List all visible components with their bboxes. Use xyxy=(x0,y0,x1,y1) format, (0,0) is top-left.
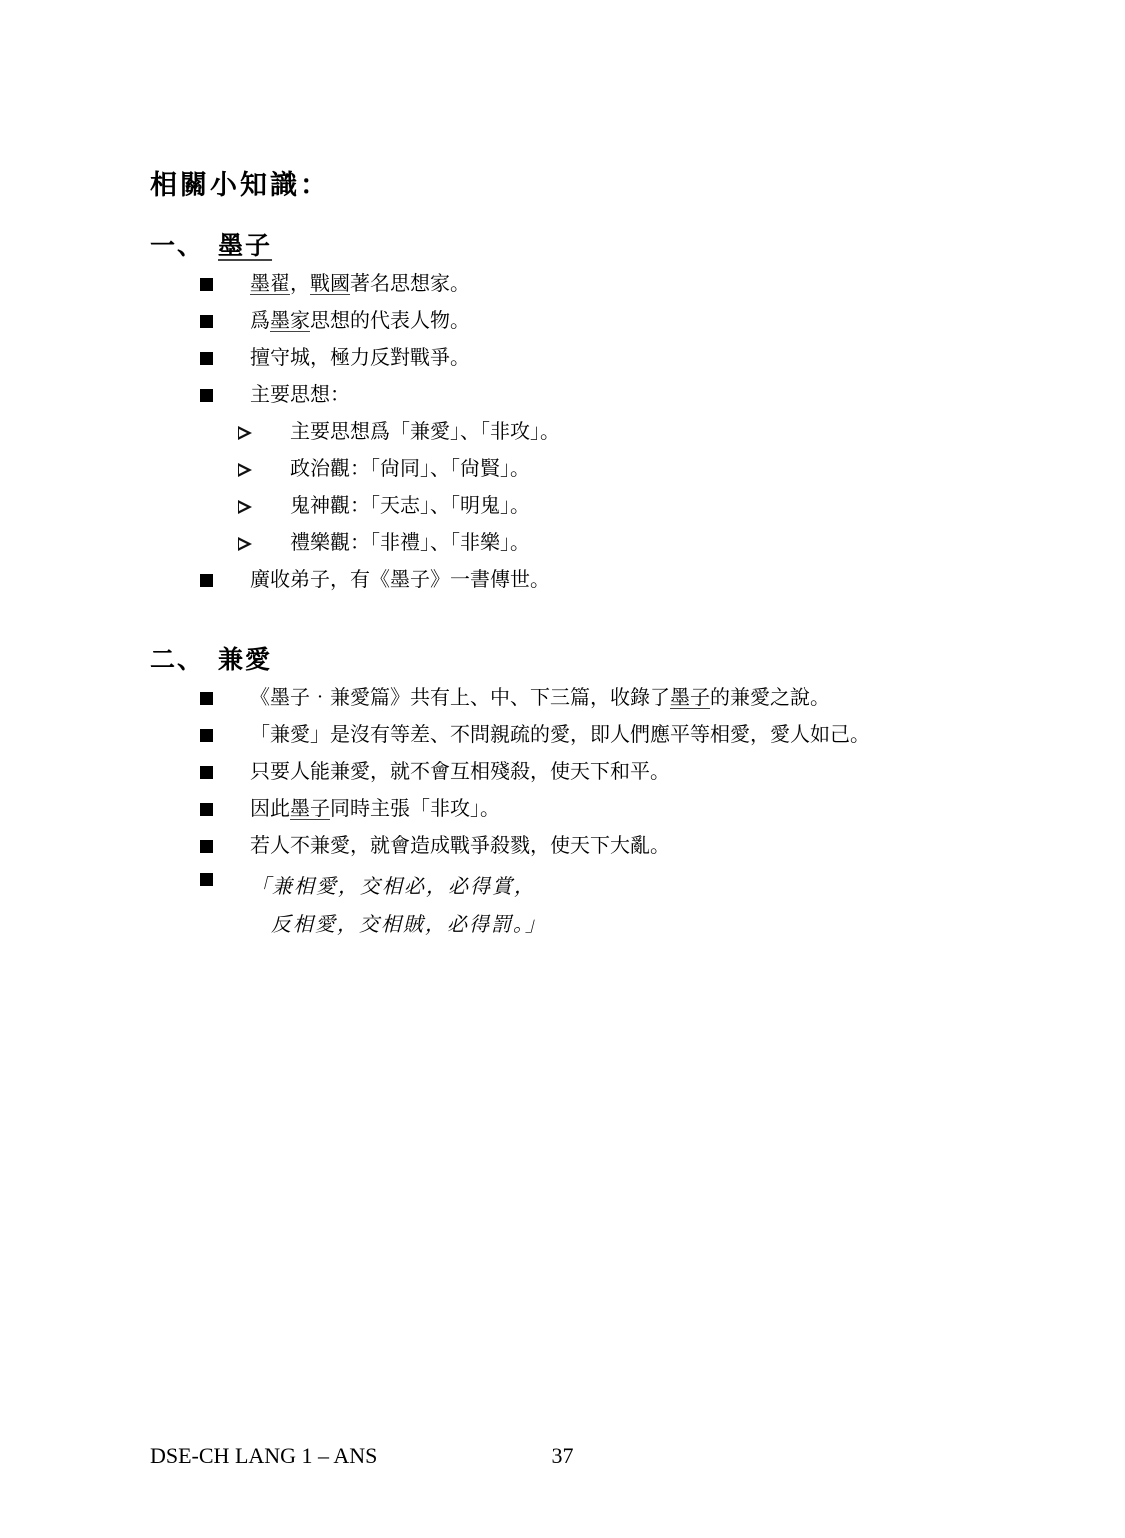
bullet-item: 《墨子‧兼愛篇》共有上、中、下三篇，收錄了墨子的兼愛之說。 xyxy=(150,687,1065,710)
bullet-item: 擅守城，極力反對戰爭。 xyxy=(150,347,1065,370)
square-bullet-icon xyxy=(200,315,213,328)
section-title: 墨子 xyxy=(218,233,272,260)
square-bullet-icon xyxy=(200,873,213,886)
bullet-text: 「兼愛」是沒有等差、不問親疏的愛，即人們應平等相愛，愛人如己。 xyxy=(250,724,870,746)
bullet-text: 只要人能兼愛，就不會互相殘殺，使天下和平。 xyxy=(250,761,670,783)
bullet-text: 墨翟，戰國著名思想家。 xyxy=(250,273,470,295)
text-segment: 墨翟 xyxy=(250,273,290,295)
bullet-item: 只要人能兼愛，就不會互相殘殺，使天下和平。 xyxy=(150,761,1065,784)
sub-bullet-text: 主要思想爲「兼愛」、「非攻」。 xyxy=(290,421,560,443)
footer-page-number: 37 xyxy=(0,1443,1125,1469)
text-segment: 墨家 xyxy=(270,310,310,332)
text-segment: 因此 xyxy=(250,798,290,820)
sub-bullet-text: 鬼神觀：「天志」、「明鬼」。 xyxy=(290,495,530,517)
section-mozi: 一、墨子 墨翟，戰國著名思想家。 爲墨家思想的代表人物。 擅守城，極力反對戰爭。… xyxy=(150,232,1065,592)
section-heading-1: 一、墨子 xyxy=(150,232,1065,262)
arrowhead-bullet-icon xyxy=(238,426,252,440)
bullet-item: 因此墨子同時主張「非攻」。 xyxy=(150,798,1065,821)
text-segment: 《墨子‧兼愛篇》共有上、中、下三篇，收錄了 xyxy=(250,687,670,709)
bullet-item: 爲墨家思想的代表人物。 xyxy=(150,310,1065,333)
square-bullet-icon xyxy=(200,692,213,705)
text-segment: 爲 xyxy=(250,310,270,332)
text-segment: 著名思想家。 xyxy=(350,273,470,295)
arrowhead-bullet-icon xyxy=(238,537,252,551)
section-number: 二、 xyxy=(150,647,204,674)
bullet-text: 因此墨子同時主張「非攻」。 xyxy=(250,798,500,820)
text-segment: 墨子 xyxy=(670,687,710,709)
text-segment: ， xyxy=(290,273,310,295)
bullet-text: 主要思想： xyxy=(250,384,350,406)
text-segment: 同時主張「非攻」。 xyxy=(330,798,500,820)
arrowhead-bullet-icon xyxy=(238,500,252,514)
text-segment: 墨子 xyxy=(290,798,330,820)
bullet-item: 廣收弟子，有《墨子》一書傳世。 xyxy=(150,569,1065,592)
quote-line-2: 反相愛，交相賊，必得罰。」 xyxy=(250,906,1065,944)
bullet-text: 擅守城，極力反對戰爭。 xyxy=(250,347,470,369)
quote-bullet-item: 「兼相愛，交相必，必得賞， 反相愛，交相賊，必得罰。」 xyxy=(150,868,1065,944)
square-bullet-icon xyxy=(200,389,213,402)
square-bullet-icon xyxy=(200,803,213,816)
text-segment: 戰國 xyxy=(310,273,350,295)
page-title: 相關小知識： xyxy=(150,168,1065,202)
square-bullet-icon xyxy=(200,766,213,779)
text-segment: 的兼愛之說。 xyxy=(710,687,830,709)
bullet-item: 若人不兼愛，就會造成戰爭殺戮，使天下大亂。 xyxy=(150,835,1065,858)
square-bullet-icon xyxy=(200,278,213,291)
bullet-text: 《墨子‧兼愛篇》共有上、中、下三篇，收錄了墨子的兼愛之說。 xyxy=(250,687,830,709)
arrowhead-bullet-icon xyxy=(238,463,252,477)
section-heading-2: 二、兼愛 xyxy=(150,646,1065,676)
sub-bullet-item: 鬼神觀：「天志」、「明鬼」。 xyxy=(150,495,1065,518)
sub-bullet-text: 政治觀：「尙同」、「尙賢」。 xyxy=(290,458,530,480)
bullet-item: 主要思想： xyxy=(150,384,1065,407)
sub-bullet-item: 政治觀：「尙同」、「尙賢」。 xyxy=(150,458,1065,481)
section-title: 兼愛 xyxy=(218,647,272,674)
bullet-text: 若人不兼愛，就會造成戰爭殺戮，使天下大亂。 xyxy=(250,835,670,857)
text-segment: 思想的代表人物。 xyxy=(310,310,470,332)
bullet-item: 墨翟，戰國著名思想家。 xyxy=(150,273,1065,296)
square-bullet-icon xyxy=(200,729,213,742)
bullet-item: 「兼愛」是沒有等差、不問親疏的愛，即人們應平等相愛，愛人如己。 xyxy=(150,724,1065,747)
document-content: 相關小知識： 一、墨子 墨翟，戰國著名思想家。 爲墨家思想的代表人物。 擅守城，… xyxy=(150,168,1065,944)
section-number: 一、 xyxy=(150,233,204,260)
section-jianai: 二、兼愛 《墨子‧兼愛篇》共有上、中、下三篇，收錄了墨子的兼愛之說。 「兼愛」是… xyxy=(150,646,1065,944)
sub-bullet-item: 主要思想爲「兼愛」、「非攻」。 xyxy=(150,421,1065,444)
bullet-text: 爲墨家思想的代表人物。 xyxy=(250,310,470,332)
document-page: 相關小知識： 一、墨子 墨翟，戰國著名思想家。 爲墨家思想的代表人物。 擅守城，… xyxy=(0,0,1125,1538)
square-bullet-icon xyxy=(200,574,213,587)
bullet-text: 廣收弟子，有《墨子》一書傳世。 xyxy=(250,569,550,591)
quote-line-1: 「兼相愛，交相必，必得賞， xyxy=(250,868,1065,906)
square-bullet-icon xyxy=(200,840,213,853)
sub-bullet-item: 禮樂觀：「非禮」、「非樂」。 xyxy=(150,532,1065,555)
square-bullet-icon xyxy=(200,352,213,365)
sub-bullet-text: 禮樂觀：「非禮」、「非樂」。 xyxy=(290,532,530,554)
